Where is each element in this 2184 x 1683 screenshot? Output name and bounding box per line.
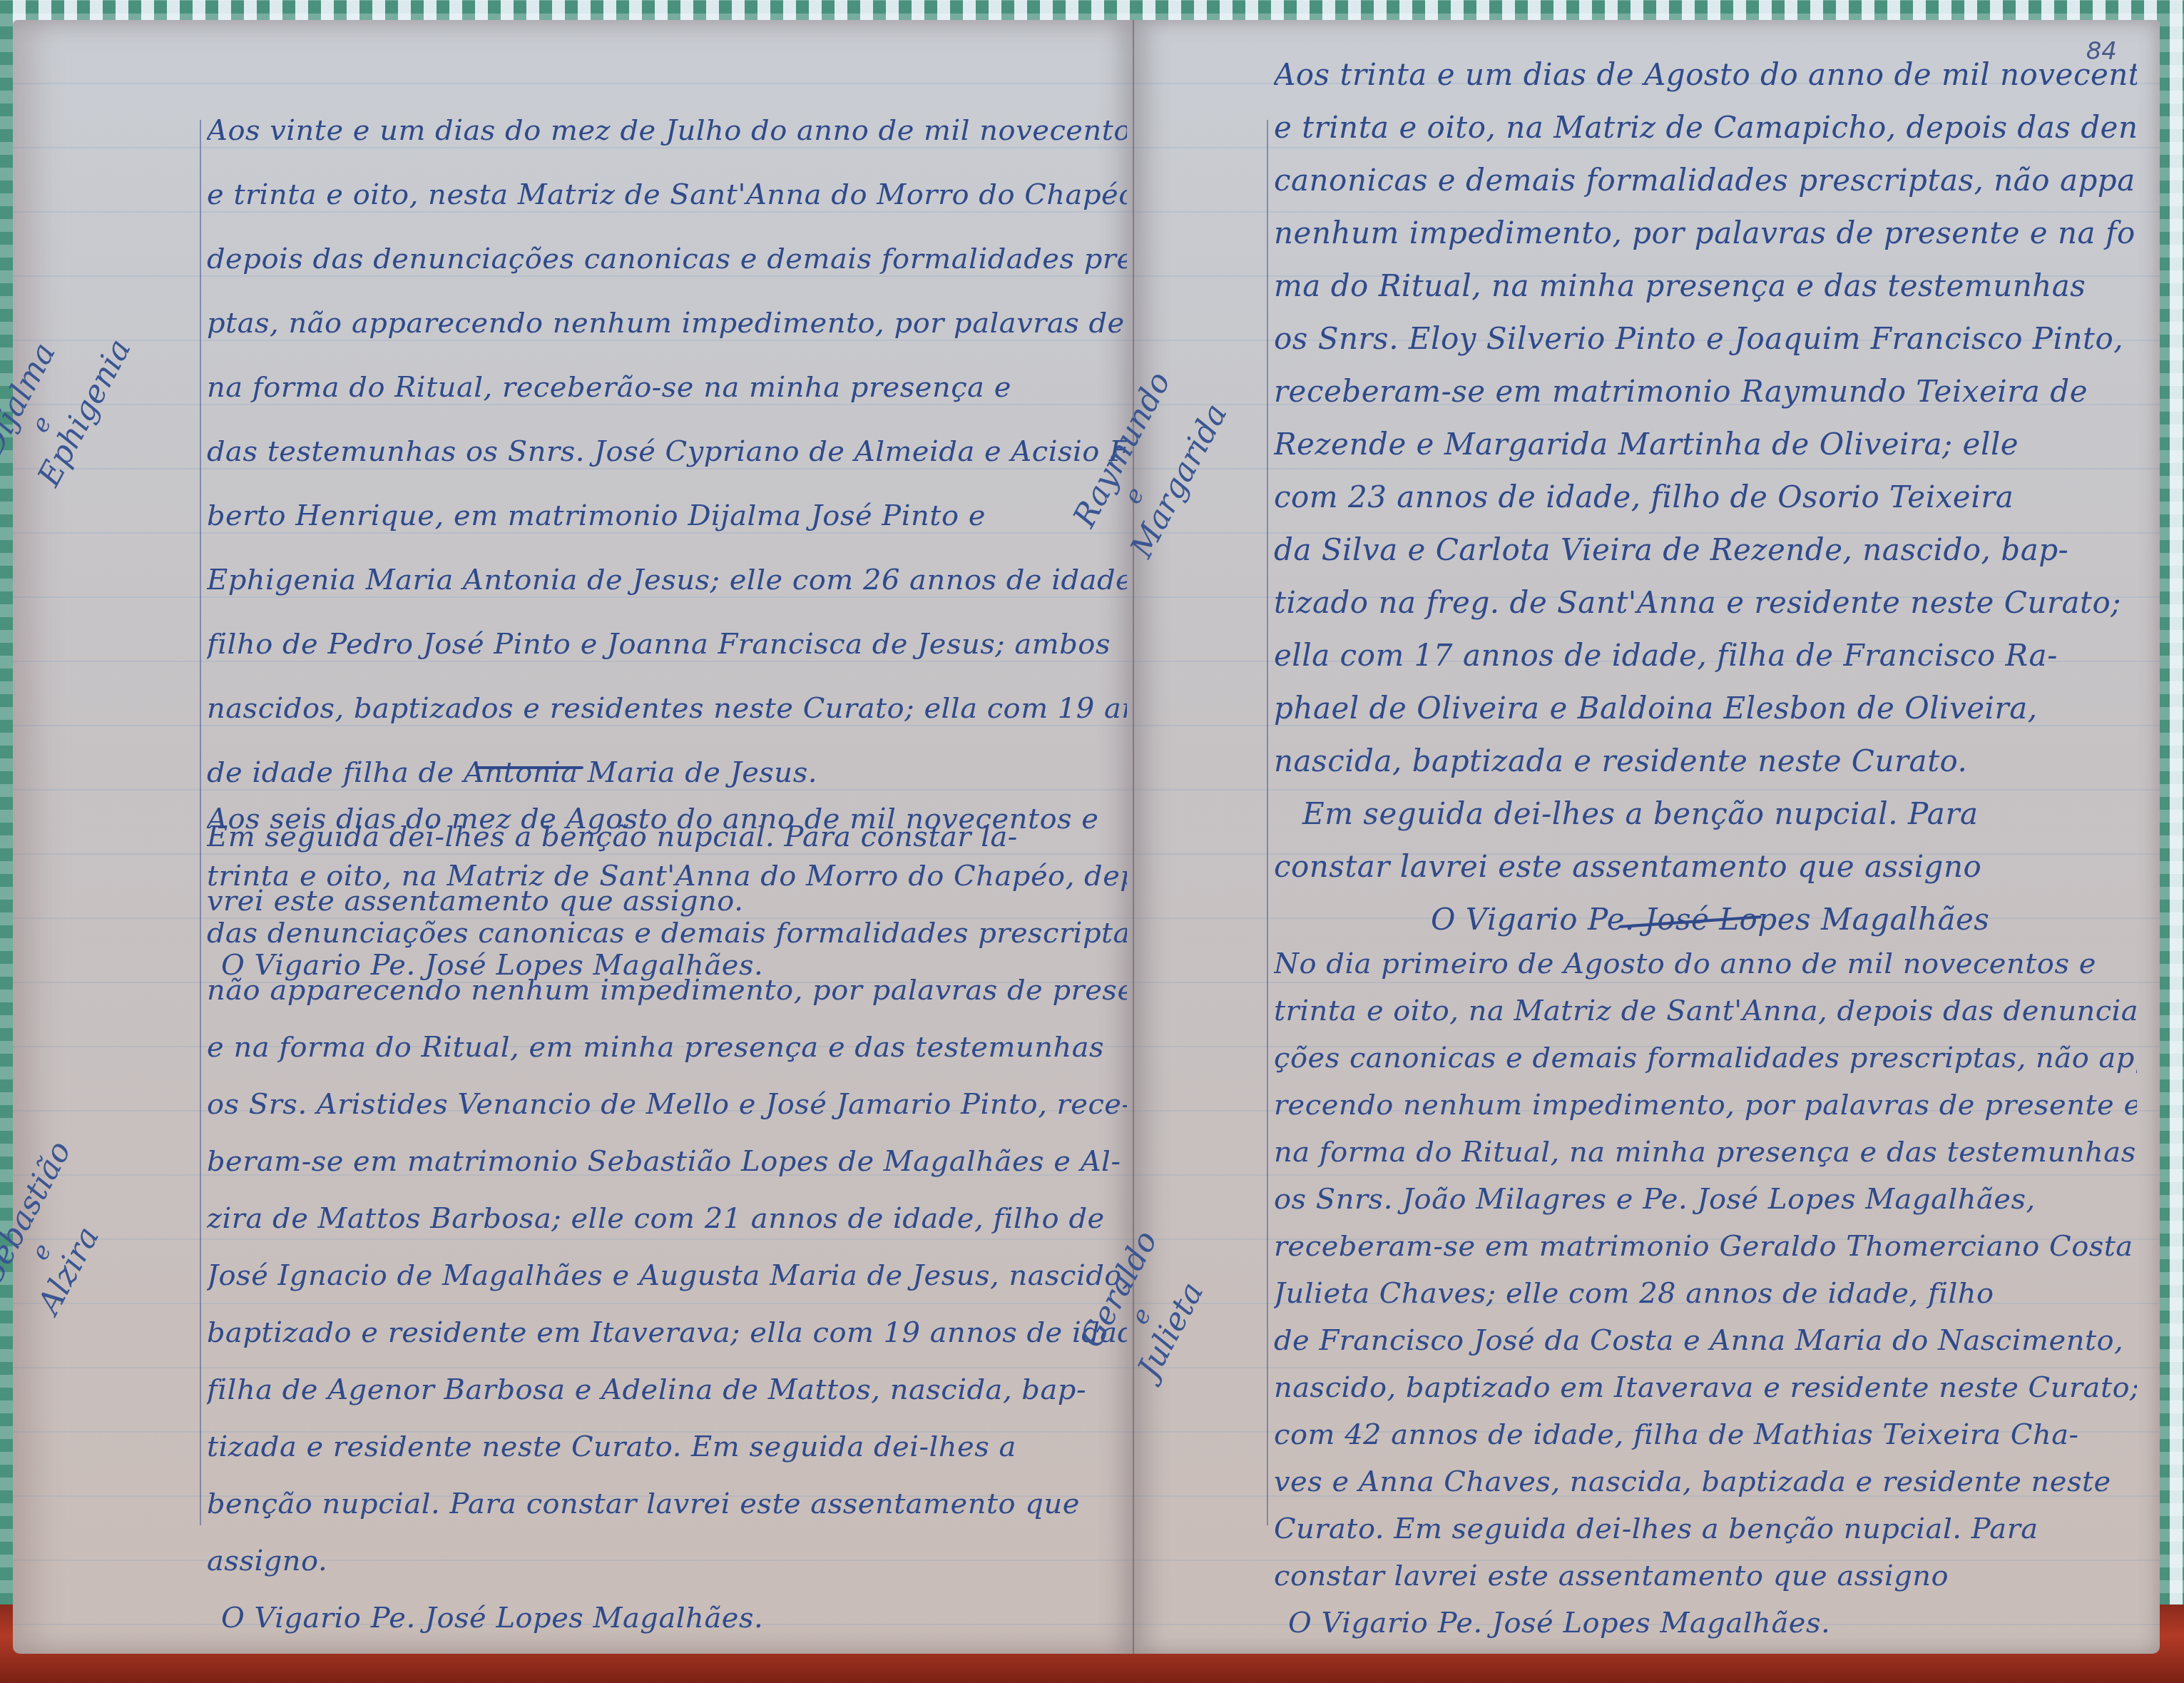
entry-line: Aos seis dias do mez de Agosto do anno d… — [207, 790, 1127, 848]
entry-line: das testemunhas os Snrs. José Cypriano d… — [207, 420, 1127, 484]
entry-line: Julieta Chaves; elle com 28 annos de ida… — [1274, 1270, 2137, 1317]
entry-line: tizada e residente neste Curato. Em segu… — [207, 1418, 1127, 1475]
entry-line: os Snrs. João Milagres e Pe. José Lopes … — [1274, 1176, 2137, 1223]
marriage-entry: Aos seis dias do mez de Agosto do anno d… — [207, 790, 1127, 1647]
entry-line: canonicas e demais formalidades prescrip… — [1274, 154, 2137, 207]
entry-line: depois das denunciações canonicas e dema… — [207, 227, 1127, 291]
marriage-entry: Aos trinta e um dias de Agosto do anno d… — [1274, 49, 2137, 946]
entry-line: receberam-se em matrimonio Raymundo Teix… — [1274, 365, 2137, 418]
entry-line: zira de Mattos Barbosa; elle com 21 anno… — [207, 1190, 1127, 1247]
entry-line: nascida, baptizada e residente neste Cur… — [1274, 735, 2137, 788]
entry-line: e na forma do Ritual, em minha presença … — [207, 1019, 1127, 1076]
entry-line: Aos trinta e um dias de Agosto do anno d… — [1274, 49, 2137, 101]
vicar-signature: O Vigario Pe. José Lopes Magalhães. — [1274, 1600, 2137, 1647]
entry-line: constar lavrei este assentamento que ass… — [1274, 840, 2137, 893]
entry-line: ella com 17 annos de idade, filha de Fra… — [1274, 629, 2137, 682]
entry-line: ções canonicas e demais formalidades pre… — [1274, 1034, 2137, 1082]
margin-names-entry-2: Sebastião e Alzira — [0, 1135, 136, 1320]
entry-line: ptas, não apparecendo nenhum impedimento… — [207, 291, 1127, 355]
entry-line: Rezende e Margarida Martinha de Oliveira… — [1274, 418, 2137, 471]
entry-line: os Snrs. Eloy Silverio Pinto e Joaquim F… — [1274, 312, 2137, 365]
entry-separator — [476, 766, 583, 769]
entry-line: filha de Agenor Barbosa e Adelina de Mat… — [207, 1361, 1127, 1418]
open-register-book: Dijalma e Ephigenia Aos vinte e um dias … — [13, 20, 2160, 1654]
entry-line: trinta e oito, na Matriz de Sant'Anna, d… — [1274, 987, 2137, 1034]
vicar-signature: O Vigario Pe. José Lopes Magalhães. — [207, 1590, 1127, 1647]
entry-line: na forma do Ritual, na minha presença e … — [1274, 1129, 2137, 1176]
entry-line: receberam-se em matrimonio Geraldo Thome… — [1274, 1223, 2137, 1270]
entry-line: e trinta e oito, na Matriz de Camapicho,… — [1274, 101, 2137, 154]
entry-line: nascidos, baptizados e residentes neste … — [207, 676, 1127, 741]
entry-line: No dia primeiro de Agosto do anno de mil… — [1274, 940, 2137, 987]
entry-line: de Francisco José da Costa e Anna Maria … — [1274, 1317, 2137, 1364]
entry-line: ves e Anna Chaves, nascida, baptizada e … — [1274, 1458, 2137, 1505]
marriage-entry: No dia primeiro de Agosto do anno de mil… — [1274, 940, 2137, 1647]
entry-line: com 23 annos de idade, filho de Osorio T… — [1274, 471, 2137, 524]
entry-line: ma do Ritual, na minha presença e das te… — [1274, 260, 2137, 312]
entry-line: filho de Pedro José Pinto e Joanna Franc… — [207, 612, 1127, 676]
entry-line: Ephigenia Maria Antonia de Jesus; elle c… — [207, 548, 1127, 612]
entry-line: berto Henrique, em matrimonio Dijalma Jo… — [207, 484, 1127, 548]
entry-line: das denunciações canonicas e demais form… — [207, 905, 1127, 962]
entry-line: não apparecendo nenhum impedimento, por … — [207, 962, 1127, 1019]
margin-names-entry-1: Dijalma e Ephigenia — [0, 302, 138, 492]
margin-rule — [200, 120, 201, 1525]
entry-line: da Silva e Carlota Vieira de Rezende, na… — [1274, 524, 2137, 576]
left-page: Dijalma e Ephigenia Aos vinte e um dias … — [13, 20, 1134, 1654]
entry-line: na forma do Ritual, receberão-se na minh… — [207, 355, 1127, 420]
entry-line: baptizado e residente em Itaverava; ella… — [207, 1304, 1127, 1361]
entry-line: trinta e oito, na Matriz de Sant'Anna do… — [207, 848, 1127, 905]
entry-line: phael de Oliveira e Baldoina Elesbon de … — [1274, 682, 2137, 735]
entry-line: constar lavrei este assentamento que ass… — [1274, 1552, 2137, 1600]
entry-line: com 42 annos de idade, filha de Mathias … — [1274, 1411, 2137, 1458]
entry-line: e trinta e oito, nesta Matriz de Sant'An… — [207, 163, 1127, 227]
entry-line: Em seguida dei-lhes a benção nupcial. Pa… — [1274, 788, 2137, 840]
entry-line: os Srs. Aristides Venancio de Mello e Jo… — [207, 1076, 1127, 1133]
entry-line: José Ignacio de Magalhães e Augusta Mari… — [207, 1247, 1127, 1304]
entry-line: benção nupcial. Para constar lavrei este… — [207, 1475, 1127, 1532]
entry-line: beram-se em matrimonio Sebastião Lopes d… — [207, 1133, 1127, 1190]
entry-line: Aos vinte e um dias do mez de Julho do a… — [207, 98, 1127, 163]
entry-line: assigno. — [207, 1532, 1127, 1590]
right-page: 84 Raymundo e Margarida Aos trinta e um … — [1134, 20, 2160, 1654]
entry-line: tizado na freg. de Sant'Anna e residente… — [1274, 576, 2137, 629]
entry-line: nenhum impedimento, por palavras de pres… — [1274, 207, 2137, 260]
margin-rule — [1267, 120, 1268, 1525]
entry-line: recendo nenhum impedimento, por palavras… — [1274, 1082, 2137, 1129]
entry-line: nascido, baptizado em Itaverava e reside… — [1274, 1364, 2137, 1411]
entry-line: Curato. Em seguida dei-lhes a benção nup… — [1274, 1505, 2137, 1552]
